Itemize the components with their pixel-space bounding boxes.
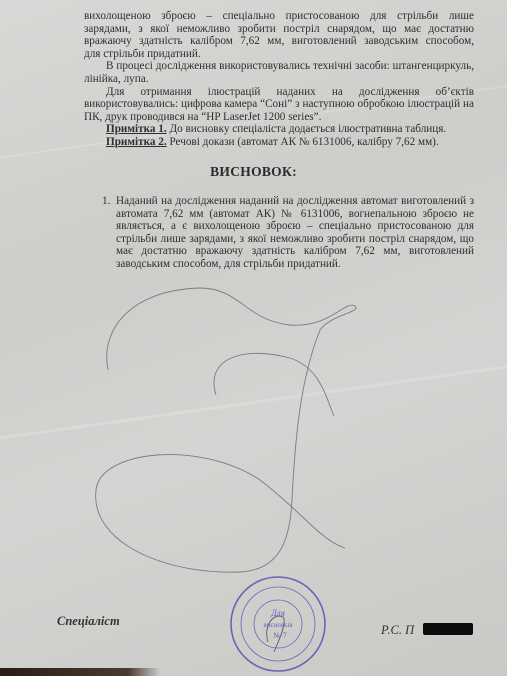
text-line: вихолощеною зброєю – спеціально пристосо… xyxy=(84,10,474,23)
conclusion-item: 1. Наданий на дослідження наданий на дос… xyxy=(116,195,474,271)
conclusion-heading: ВИСНОВОК: xyxy=(0,164,507,180)
tools-paragraph: В процесі дослідження використовувались … xyxy=(84,60,474,85)
illustrations-paragraph: Для отримання ілюстрацій наданих на досл… xyxy=(84,86,474,124)
note-1: Примітка 1. До висновку спеціаліста дода… xyxy=(84,123,474,136)
note-1-label: Примітка 1. xyxy=(106,123,167,135)
conclusion-number: 1. xyxy=(102,195,110,208)
specialist-label: Спеціаліст xyxy=(57,614,120,629)
photo-edge-shadow xyxy=(0,668,160,676)
text-line: зарядами, з якої неможливо зробити постр… xyxy=(84,23,474,36)
document-page: вихолощеною зброєю – спеціально пристосо… xyxy=(0,0,507,676)
stamp-text-number: № 7 xyxy=(273,631,287,640)
official-stamp-icon: Для висновків № 7 xyxy=(228,572,328,676)
note-2: Примітка 2. Речові докази (автомат АК № … xyxy=(84,136,474,149)
redaction-bar xyxy=(423,623,473,635)
note-1-text: До висновку спеціаліста додається ілюстр… xyxy=(167,123,447,135)
text-line: для стрільби придатний. xyxy=(84,48,474,61)
stamp-text-middle: висновків xyxy=(263,621,293,629)
conclusion-text: Наданий на дослідження наданий на дослід… xyxy=(116,195,474,270)
text-line: вражаючу здатність калібром 7,62 мм, виг… xyxy=(84,35,474,48)
note-2-text: Речові докази (автомат АК № 6131006, кал… xyxy=(167,136,439,148)
note-2-label: Примітка 2. xyxy=(106,136,167,148)
paper-crease xyxy=(0,361,507,442)
specialist-name: Р.С. П xyxy=(381,623,414,638)
stamp-text-top: Для xyxy=(270,608,285,618)
paragraph-continuation: вихолощеною зброєю – спеціально пристосо… xyxy=(84,10,474,149)
